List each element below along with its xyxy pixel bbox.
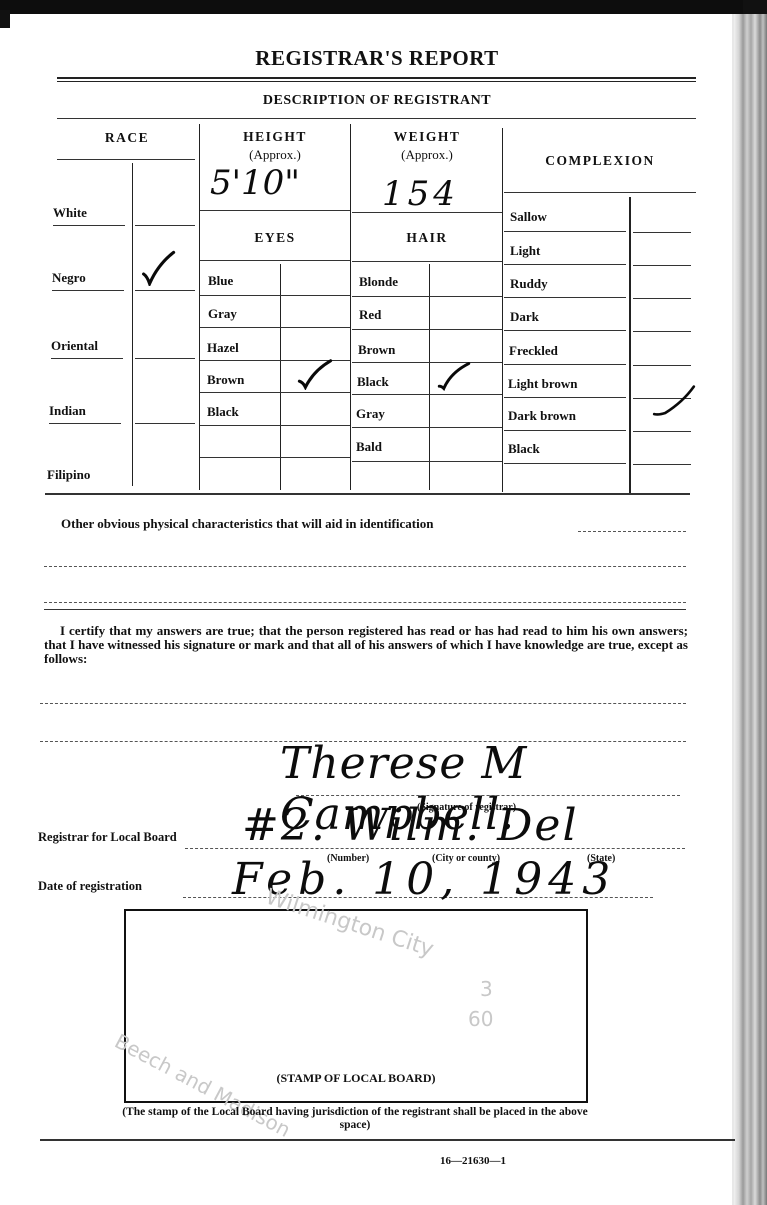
form-number: 16—21630—1 <box>440 1155 506 1167</box>
title-rule <box>57 81 696 82</box>
rule <box>504 297 626 298</box>
other-characteristics-field[interactable] <box>578 531 686 532</box>
other-characteristics-field-line-2[interactable] <box>44 566 686 567</box>
rule <box>633 365 691 366</box>
race-label-indian: Indian <box>49 403 86 419</box>
rule <box>504 231 626 232</box>
signature-line <box>296 795 680 796</box>
rule <box>135 358 195 359</box>
rule <box>352 296 502 297</box>
rule <box>200 457 350 458</box>
exceptions-field[interactable] <box>40 703 686 704</box>
rule <box>504 330 626 331</box>
rule <box>504 463 626 464</box>
eyes-label-gray: Gray <box>208 306 237 322</box>
rule <box>200 295 350 296</box>
rule <box>352 461 502 462</box>
rule <box>504 397 626 398</box>
other-characteristics-field-line-3[interactable] <box>44 602 686 603</box>
title-rule <box>57 77 696 79</box>
rule <box>504 264 626 265</box>
book-spine-edge <box>733 14 767 1205</box>
complexion-check-divider <box>629 197 631 493</box>
complexion-label-light: Light <box>510 243 540 259</box>
hair-label-brown: Brown <box>358 342 395 358</box>
rule <box>352 394 502 395</box>
rule <box>633 265 691 266</box>
hair-label-red: Red <box>359 307 381 323</box>
rule <box>51 358 123 359</box>
rule <box>633 298 691 299</box>
local-board-label: Registrar for Local Board <box>38 830 177 845</box>
rule <box>633 431 691 432</box>
page-edge <box>732 14 734 1205</box>
rule <box>49 423 121 424</box>
rule <box>135 290 195 291</box>
eyes-header: EYES <box>200 230 350 246</box>
scan-top-edge <box>0 0 767 14</box>
complexion-dark-brown-checkmark[interactable] <box>652 384 696 420</box>
col-divider <box>199 124 200 490</box>
weight-value[interactable]: 154 <box>382 174 459 214</box>
rule <box>352 427 502 428</box>
table-top-rule <box>57 118 696 119</box>
rule <box>57 159 195 160</box>
complexion-label-ruddy: Ruddy <box>510 276 548 292</box>
hair-black-checkmark[interactable] <box>437 361 471 391</box>
complexion-label-sallow: Sallow <box>510 209 547 225</box>
rule <box>135 225 195 226</box>
rule <box>633 331 691 332</box>
other-characteristics-label: Other obvious physical characteristics t… <box>61 517 433 531</box>
rule <box>200 210 350 211</box>
race-label-oriental: Oriental <box>51 338 98 354</box>
col-divider <box>502 128 503 492</box>
hair-label-gray: Gray <box>356 406 385 422</box>
rule <box>200 327 350 328</box>
complexion-label-light-brown: Light brown <box>508 376 577 392</box>
race-label-filipino: Filipino <box>47 467 90 483</box>
height-value[interactable]: 5'10" <box>210 163 300 203</box>
certification-text: I certify that my answers are true; that… <box>44 624 688 666</box>
rule <box>52 290 124 291</box>
hair-check-divider <box>429 264 430 490</box>
eyes-label-hazel: Hazel <box>207 340 239 356</box>
rule <box>352 212 502 213</box>
race-header: RACE <box>57 130 197 146</box>
weight-header: WEIGHT <box>352 129 502 145</box>
race-negro-checkmark[interactable] <box>140 250 176 286</box>
complexion-header: COMPLEXION <box>505 153 695 169</box>
height-subheader: (Approx.) <box>200 147 350 163</box>
eyes-label-brown: Brown <box>207 372 244 388</box>
rule <box>135 423 195 424</box>
stamp-faint-text: 3 <box>480 977 493 1001</box>
rule <box>352 362 502 363</box>
local-board-value[interactable]: #2. Wilm. Del <box>242 800 579 851</box>
eyes-label-blue: Blue <box>208 273 233 289</box>
complexion-label-black: Black <box>508 441 540 457</box>
rule <box>504 430 626 431</box>
rule <box>352 329 502 330</box>
table-bottom-rule <box>45 493 690 495</box>
stamp-faint-text: 60 <box>468 1007 493 1031</box>
eyes-brown-checkmark[interactable] <box>297 358 333 390</box>
rule <box>504 364 626 365</box>
rule <box>633 464 691 465</box>
weight-subheader: (Approx.) <box>352 147 502 163</box>
rule <box>352 261 502 262</box>
hair-header: HAIR <box>352 230 502 246</box>
complexion-label-dark: Dark <box>510 309 539 325</box>
complexion-label-dark-brown: Dark brown <box>508 408 576 424</box>
col-divider <box>350 124 351 490</box>
rule <box>200 425 350 426</box>
rule <box>633 232 691 233</box>
race-check-divider <box>132 163 133 486</box>
section-rule <box>44 609 686 610</box>
race-label-white: White <box>53 205 87 221</box>
registration-date-label: Date of registration <box>38 879 142 894</box>
rule <box>504 192 696 193</box>
stamp-label: (STAMP OF LOCAL BOARD) <box>126 1071 586 1086</box>
hair-label-blonde: Blonde <box>359 274 398 290</box>
rule <box>200 260 350 261</box>
rule <box>53 225 125 226</box>
height-header: HEIGHT <box>200 129 350 145</box>
hair-label-bald: Bald <box>356 439 382 455</box>
eyes-label-black: Black <box>207 404 239 420</box>
stamp-area: Wilmington City Beech and Madison 3 60 (… <box>124 909 588 1103</box>
rule <box>200 392 350 393</box>
page-title: REGISTRAR'S REPORT <box>0 46 754 71</box>
stamp-note: (The stamp of the Local Board having jur… <box>120 1106 590 1132</box>
footer-rule <box>40 1139 735 1141</box>
hair-label-black: Black <box>357 374 389 390</box>
race-label-negro: Negro <box>52 270 86 286</box>
complexion-label-freckled: Freckled <box>509 343 558 359</box>
section-title: DESCRIPTION OF REGISTRANT <box>0 93 754 109</box>
